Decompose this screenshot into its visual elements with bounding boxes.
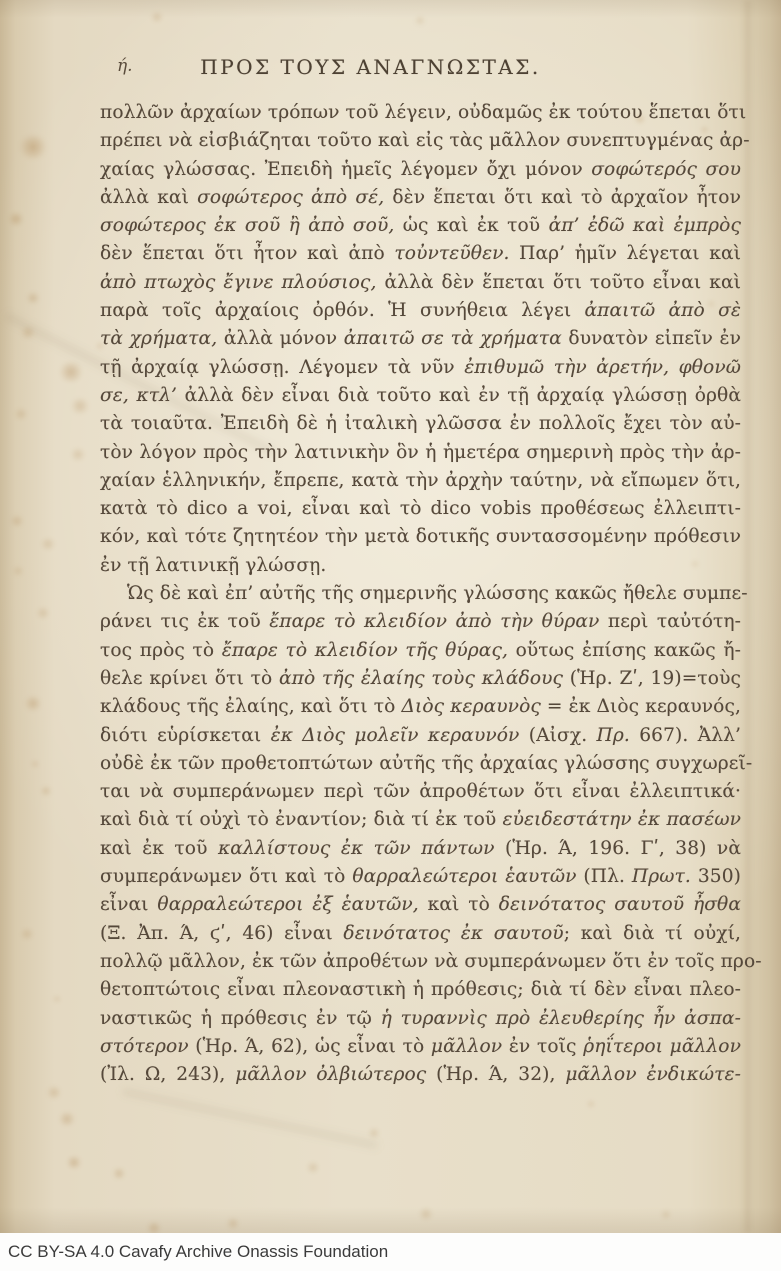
foxing-stain [20,928,34,940]
foxing-stain [14,408,28,420]
text-line: τὰ χρήματα, ἀλλὰ μόνον ἀπαιτῶ σε τὰ χρήμ… [100,325,741,353]
text-line: (Ἰλ. Ω, 243), μᾶλλον ὀλβιώτερος (Ἡρ. Ά, … [100,1061,741,1089]
page-title: ΠΡΟΣ ΤΟΥΣ ΑΝΑΓΝΩΣΤΑΣ. [0,55,741,79]
text-line: τῇ ἀρχαίᾳ γλώσσῃ. Λέγομεν τὰ νῦν ἐπιθυμῶ… [100,354,741,382]
text-line: σε, κτλ’ ἀλλὰ δὲν εἶναι διὰ τοῦτο καὶ ἐν… [100,382,741,410]
text-line: οὐδὲ ἐκ τῶν προθετοπτώτων αὐτῆς τῆς ἀρχα… [100,750,741,778]
foxing-stain [586,1100,596,1108]
foxing-stain [226,1218,240,1229]
foxing-stain [70,448,86,461]
foxing-stain [58,362,84,382]
license-bar: CC BY-SA 4.0 Cavafy Archive Onassis Foun… [0,1233,781,1271]
page-gutter-crease [744,0,751,1233]
foxing-stain [112,1168,126,1179]
foxing-stain [26,292,40,304]
foxing-stain [660,1210,672,1219]
text-line: κόν, καὶ τότε ζητητέον τὴν μετὰ δοτικῆς … [100,523,741,551]
text-line: παρὰ τοῖς ἀρχαίοις ὀρθόν. Ἡ συνήθεια λέγ… [100,297,741,325]
foxing-stain [52,995,62,1003]
foxing-stain [306,1162,320,1173]
text-line: τος πρὸς τὸ ἔπαρε τὸ κλειδίον τῆς θύρας,… [100,637,741,665]
text-line: πολλῶν ἀρχαίων τρόπων τοῦ λέγειν, οὐδαμῶ… [100,99,741,127]
text-line: κατὰ τὸ dico a voi, εἶναι καὶ τὸ dico vo… [100,495,741,523]
foxing-stain [368,1128,380,1138]
text-line: διότι εὑρίσκεται ἐκ Διὸς μολεῖν κεραυνόν… [100,722,741,750]
text-line: καὶ διὰ τί οὐχὶ τὸ ἐναντίον; διὰ τί ἐκ τ… [100,806,741,834]
foxing-stain [418,1208,434,1220]
text-line: τὸν λόγον πρὸς τὴν λατινικὴν ὃν ἡ ἡμετέρ… [100,439,741,467]
text-line: εἶναι θαρραλεώτεροι ἐξ ἑαυτῶν, καὶ τὸ δε… [100,891,741,919]
text-line: (Ξ. Ἀπ. Ά, ϛʹ, 46) εἶναι δεινότατος ἐκ σ… [100,920,741,948]
text-line: συμπεράνωμεν ὅτι καὶ τὸ θαρραλεώτεροι ἑα… [100,863,741,891]
foxing-stain [12,566,24,576]
license-text: CC BY-SA 4.0 Cavafy Archive Onassis Foun… [0,1242,388,1262]
text-line: ἀπὸ πτωχὸς ἔγινε πλούσιος, ἀλλὰ δὲν ἕπετ… [100,269,741,297]
foxing-stain [414,16,426,25]
foxing-stain [58,1112,76,1126]
foxing-stain [40,538,56,550]
foxing-stain [18,135,48,159]
text-line: θετοπτώτοις εἶναι πλεοναστικὴ ἡ πρόθεσις… [100,976,741,1004]
text-line: ἐν τῇ λατινικῇ γλώσσῃ. [100,552,741,580]
foxing-stain [10,515,24,527]
foxing-stain [40,786,52,796]
foxing-stain [66,1156,82,1169]
text-line: πρέπει νὰ εἰσβιάζηται τοῦτο καὶ εἰς τὰς … [100,127,741,155]
text-line: θελε κρίνει ὅτι τὸ ἀπὸ τῆς ἐλαίης τοὺς κ… [100,665,741,693]
text-line: στότερον (Ἡρ. Ά, 62), ὡς εἶναι τὸ μᾶλλον… [100,1033,741,1061]
foxing-stain [8,212,24,226]
text-line: ἀλλὰ καὶ σοφώτερος ἀπὸ σέ, δὲν ἕπεται ὅτ… [100,184,741,212]
text-line: καὶ ἐκ τοῦ καλλίστους ἐκ τῶν πάντων (Ἡρ.… [100,835,741,863]
text-line: πολλῷ μᾶλλον, ἐκ τῶν ἀπροθέτων νὰ συμπερ… [100,948,741,976]
foxing-stain [146,1222,162,1233]
foxing-stain [70,398,90,414]
foxing-stain [150,12,164,22]
text-line: ται νὰ συμπεράνωμεν περὶ τῶν ἀπροθέτων ὅ… [100,778,741,806]
text-line: χαίας γλώσσας. Ἐπειδὴ ἡμεῖς λέγομεν ὄχι … [100,156,741,184]
paper-crease [122,1088,378,1149]
body-text: πολλῶν ἀρχαίων τρόπων τοῦ λέγειν, οὐδαμῶ… [100,99,741,1089]
scanned-page: ή. ΠΡΟΣ ΤΟΥΣ ΑΝΑΓΝΩΣΤΑΣ. πολλῶν ἀρχαίων … [0,0,781,1233]
foxing-stain [24,696,42,711]
text-line: τὰ τοιαῦτα. Ἐπειδὴ δὲ ἡ ἰταλικὴ γλῶσσα ἐ… [100,410,741,438]
text-line: Ὡς δὲ καὶ ἐπ’ αὐτῆς τῆς σημερινῆς γλώσση… [100,580,741,608]
foxing-stain [46,1086,62,1099]
text-line: χαίαν ἑλληνικήν, ἔπρεπε, κατὰ τὴν ἀρχὴν … [100,467,741,495]
foxing-stain [36,607,50,619]
text-line: ναστικῶς ἡ πρόθεσις ἐν τῷ ἡ τυραννὶς πρὸ… [100,1005,741,1033]
text-line: σοφώτερος ἐκ σοῦ ἢ ἀπὸ σοῦ, ὡς καὶ ἐκ το… [100,212,741,240]
text-line: δὲν ἕπεται ὅτι ἦτον καὶ ἀπὸ τοὐντεῦθεν. … [100,240,741,268]
foxing-stain [30,760,40,768]
text-line: κλάδους τῆς ἐλαίης, καὶ ὅτι τὸ Διὸς κερα… [100,693,741,721]
foxing-stain [20,326,36,339]
text-line: ράνει τις ἐκ τοῦ ἔπαρε τὸ κλειδίον ἀπὸ τ… [100,608,741,636]
